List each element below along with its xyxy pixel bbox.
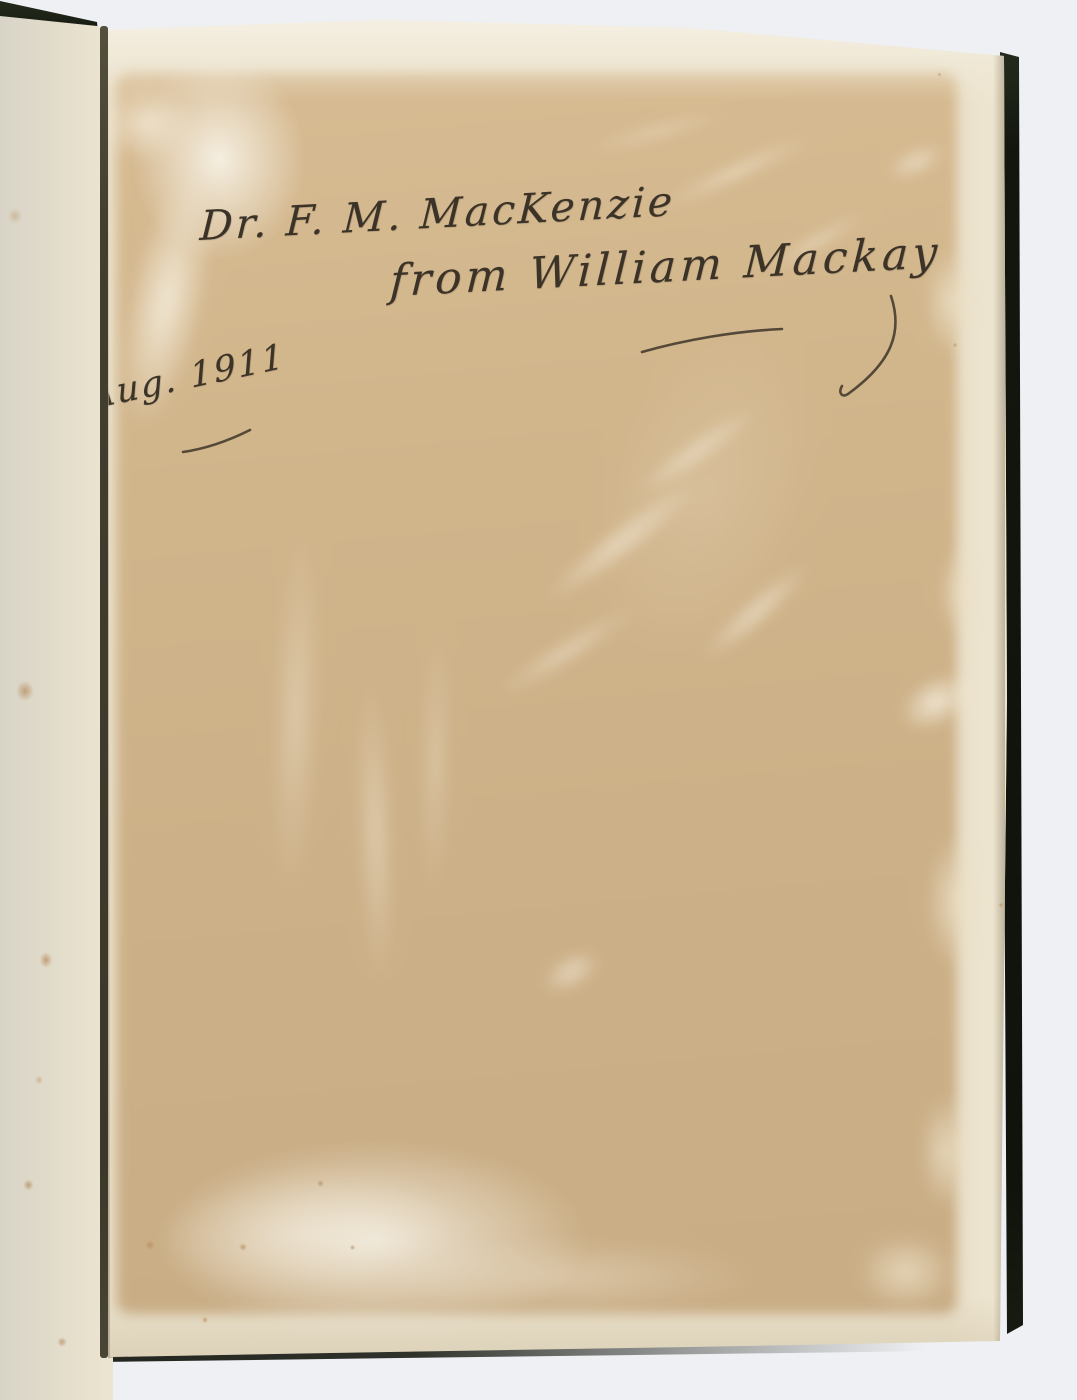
foxing-spot xyxy=(6,206,24,226)
endpaper-page: Dr. F. M. MacKenzie from William Mackay … xyxy=(0,0,1077,1400)
foxing-spot xyxy=(937,72,942,77)
foxing-spot xyxy=(316,1179,325,1188)
foxing-spot xyxy=(201,1316,209,1324)
book-photo: Dr. F. M. MacKenzie from William Mackay … xyxy=(0,0,1077,1400)
gutter-shadow-line xyxy=(100,26,108,1358)
foxing-spot xyxy=(144,1239,156,1251)
foxing-spot xyxy=(34,1074,44,1086)
page-right-edge-shade xyxy=(993,54,1005,1344)
foxing-spot xyxy=(952,342,958,348)
facing-page-fore-edge xyxy=(0,0,113,1400)
foxing-spot xyxy=(14,678,36,704)
page-top-left-highlight xyxy=(104,24,334,294)
foxing-spot xyxy=(238,1242,248,1252)
foxing-spot xyxy=(998,902,1004,908)
foxing-spot xyxy=(22,1178,35,1192)
foxing-spot xyxy=(38,950,54,970)
foxing-spot xyxy=(56,1336,68,1348)
foxing-spot xyxy=(349,1244,356,1251)
